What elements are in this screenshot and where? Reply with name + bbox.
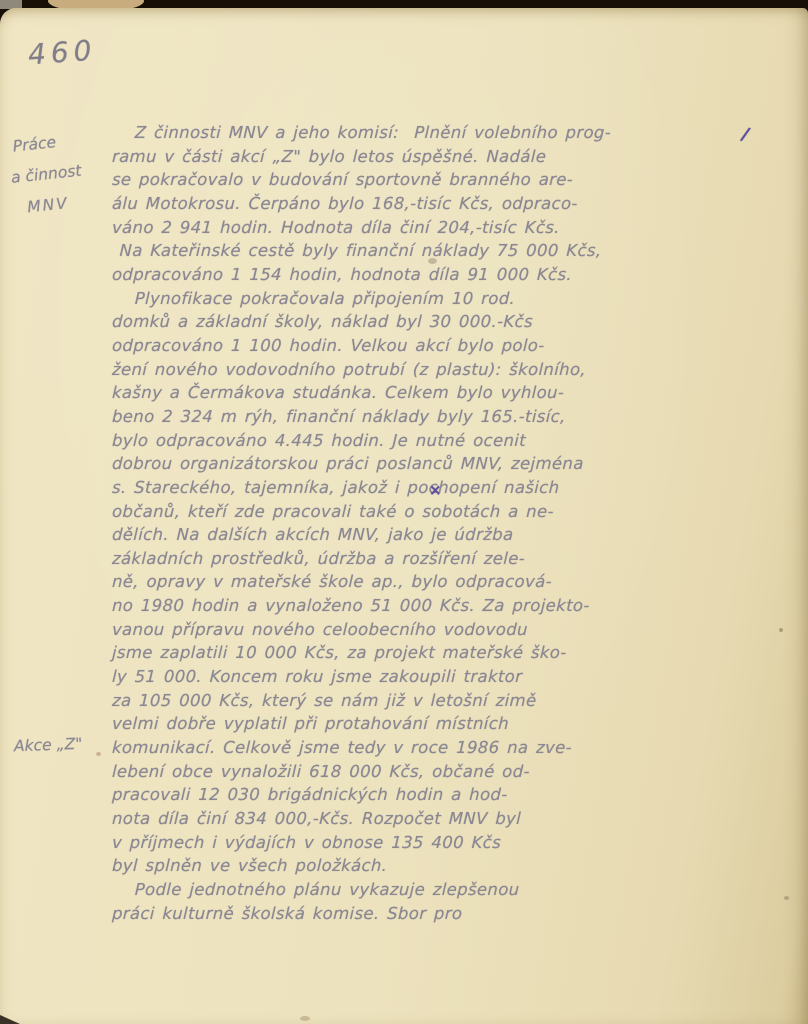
text-line: práci kulturně školská komise. Sbor pro [112,902,797,926]
text-line: bylo odpracováno 4.445 hodin. Je nutné o… [112,429,797,453]
paper-speck [779,628,783,632]
margin-note-akce-z: Akce „Z" [13,729,82,762]
paper-speck [428,258,437,264]
text-line: dobrou organizátorskou práci poslanců MN… [112,452,797,476]
text-line: lebení obce vynaložili 618 000 Kčs, obča… [112,760,797,784]
margin-note-prace-a-cinnost-mnv: Práce a činnost MNV [11,125,86,224]
text-line: domků a základní školy, náklad byl 30 00… [112,310,797,334]
text-line: beno 2 324 m rýh, finanční náklady byly … [112,405,797,429]
chronicle-page: 460 Práce a činnost MNV Akce „Z" Z činno… [0,8,808,1024]
text-line: se pokračovalo v budování sportovně bran… [112,168,797,192]
text-line: álu Motokrosu. Čerpáno bylo 168,-tisíc K… [112,192,797,216]
text-line: byl splněn ve všech položkách. [112,854,797,878]
margin-note-line: Akce „Z" [13,729,82,762]
text-line: odpracováno 1 100 hodin. Velkou akcí byl… [112,334,797,358]
text-line: za 105 000 Kčs, který se nám již v letoš… [112,689,797,713]
text-line: kašny a Čermákova studánka. Celkem bylo … [112,381,797,405]
text-line: základních prostředků, údržba a rozšířen… [112,547,797,571]
text-line: ně, opravy v mateřské škole ap., bylo od… [112,570,797,594]
text-line: v příjmech i výdajích v obnose 135 400 K… [112,831,797,855]
text-line: dělích. Na dalších akcích MNV, jako je ú… [112,523,797,547]
text-line: Na Kateřinské cestě byly finanční náklad… [112,239,797,263]
text-line: s. Stareckého, tajemníka, jakož i pochop… [112,476,797,500]
margin-note-line: MNV [26,186,86,223]
text-line: vanou přípravu nového celoobecního vodov… [112,618,797,642]
paper-speck [784,896,789,900]
text-line: velmi dobře vyplatil při protahování mís… [112,712,797,736]
text-line: odpracováno 1 154 hodin, hodnota díla 91… [112,263,797,287]
text-line: nota díla činí 834 000,-Kčs. Rozpočet MN… [112,807,797,831]
ink-correction-mark: × [429,481,442,499]
page-corner-shadow [0,1015,20,1024]
text-line: žení nového vodovodního potrubí (z plast… [112,358,797,382]
handwritten-body-text: Z činnosti MNV a jeho komisí: Plnění vol… [112,121,796,925]
text-line: pracovali 12 030 brigádnických hodin a h… [112,783,797,807]
text-line: ramu v části akcí „Z" bylo letos úspěšné… [112,145,797,169]
paper-speck [96,752,101,756]
text-line: občanů, kteří zde pracovali také o sobot… [112,500,797,524]
photo-of-chronicle-page: { "page": { "number": "460", "margin_not… [0,0,808,1024]
text-line: Podle jednotného plánu vykazuje zlepšeno… [112,878,797,902]
text-line: váno 2 941 hodin. Hodnota díla činí 204,… [112,216,797,240]
paper-speck [300,1016,310,1021]
text-line: no 1980 hodin a vynaloženo 51 000 Kčs. Z… [112,594,797,618]
text-line: komunikací. Celkově jsme tedy v roce 198… [112,736,797,760]
text-line: Plynofikace pokračovala připojením 10 ro… [112,287,797,311]
page-number: 460 [27,34,98,72]
text-line: jsme zaplatili 10 000 Kčs, za projekt ma… [112,641,797,665]
text-line: ly 51 000. Koncem roku jsme zakoupili tr… [112,665,797,689]
text-line: Z činnosti MNV a jeho komisí: Plnění vol… [112,121,797,145]
